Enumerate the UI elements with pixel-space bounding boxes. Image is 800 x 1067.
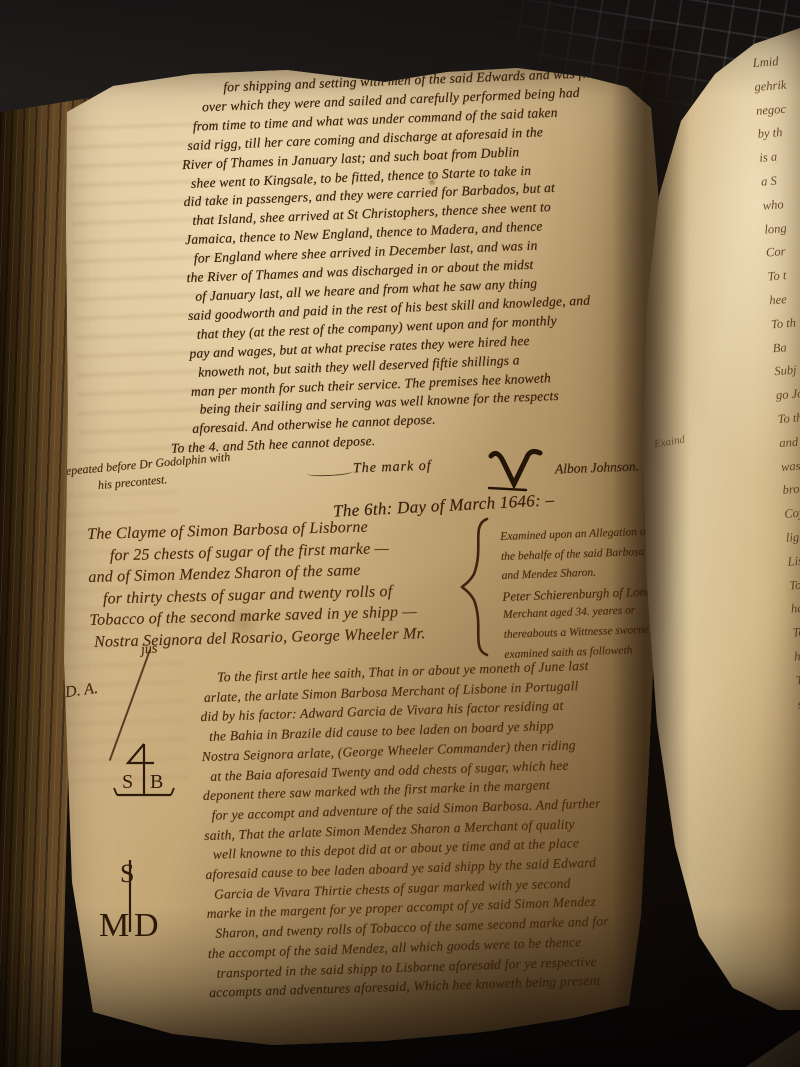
recto-page: Exaind Lmid gehrik negoc by th is a a S … bbox=[636, 24, 800, 1012]
manuscript-fragment: hat bbox=[790, 595, 800, 622]
deposition-body-paragraph: To the first artle hee saith, That in or… bbox=[203, 656, 611, 1003]
manuscript-fragment: bro bbox=[782, 476, 800, 503]
manuscript-fragment: To th bbox=[789, 571, 800, 598]
mark-letter: M bbox=[99, 907, 129, 942]
manuscript-fragment: To d bbox=[792, 618, 800, 645]
manuscript-fragment: ligh bbox=[785, 524, 800, 551]
manuscript-fragment: To th bbox=[795, 666, 800, 693]
manuscript-fragment: To th bbox=[777, 405, 800, 432]
mark-letter: B bbox=[150, 771, 163, 793]
manuscript-fragment: Lisb bbox=[787, 547, 800, 574]
merchant-mark-sb: S B bbox=[113, 738, 175, 812]
signature-albon-johnson: Albon Johnson. bbox=[555, 459, 640, 478]
manuscript-fragment: Ba bbox=[772, 334, 800, 361]
claim-block: The Clayme of Simon Barbosa of Lisborne … bbox=[87, 515, 426, 653]
manuscript-fragment: Subj bbox=[774, 357, 800, 384]
manuscript-fragment: who bbox=[762, 191, 800, 218]
manuscript-photo: for shipping and setting with men of the… bbox=[0, 0, 800, 1067]
verso-page: for shipping and setting with men of the… bbox=[55, 60, 667, 1052]
manuscript-fragment: To t bbox=[767, 262, 800, 289]
witness-mark-glyph bbox=[487, 446, 545, 496]
recto-text-fragments: Lmid gehrik negoc by th is a a S who lon… bbox=[752, 49, 800, 907]
manuscript-fragment: hee bbox=[769, 286, 800, 313]
lower-page-corner bbox=[722, 1021, 800, 1067]
merchant-mark-msd: S M D bbox=[97, 856, 169, 942]
curly-brace bbox=[459, 516, 497, 658]
manuscript-fragment: gehrik bbox=[754, 72, 800, 99]
manuscript-fragment: by th bbox=[757, 120, 800, 147]
pen-flourish bbox=[307, 468, 353, 477]
manuscript-fragment: hee bbox=[793, 642, 800, 669]
allegation-block: Examined upon an Allegation on the behal… bbox=[500, 522, 668, 665]
mark-letter: S bbox=[122, 771, 133, 793]
deposition-top-paragraph: for shipping and setting with men of the… bbox=[185, 64, 622, 458]
mark-of-label: The mark of bbox=[353, 459, 432, 478]
manuscript-fragment: go Jo bbox=[775, 381, 800, 408]
manuscript-fragment: long bbox=[764, 215, 800, 242]
manuscript-fragment: was bbox=[780, 452, 800, 479]
manuscript-fragment: To th bbox=[770, 310, 800, 337]
manuscript-fragment: Coy bbox=[784, 500, 800, 527]
manuscript-fragment: and bbox=[779, 429, 800, 456]
manuscript-fragment: is a bbox=[759, 144, 800, 171]
manuscript-fragment: Lmid bbox=[752, 49, 800, 76]
mark-letter: S bbox=[120, 859, 134, 888]
manuscript-fragment: Cor bbox=[765, 239, 800, 266]
mark-letter: D bbox=[134, 907, 159, 942]
manuscript-fragment: a S bbox=[760, 167, 800, 194]
gutter-note: Exaind bbox=[653, 433, 686, 450]
manuscript-fragment: negoc bbox=[755, 96, 800, 123]
